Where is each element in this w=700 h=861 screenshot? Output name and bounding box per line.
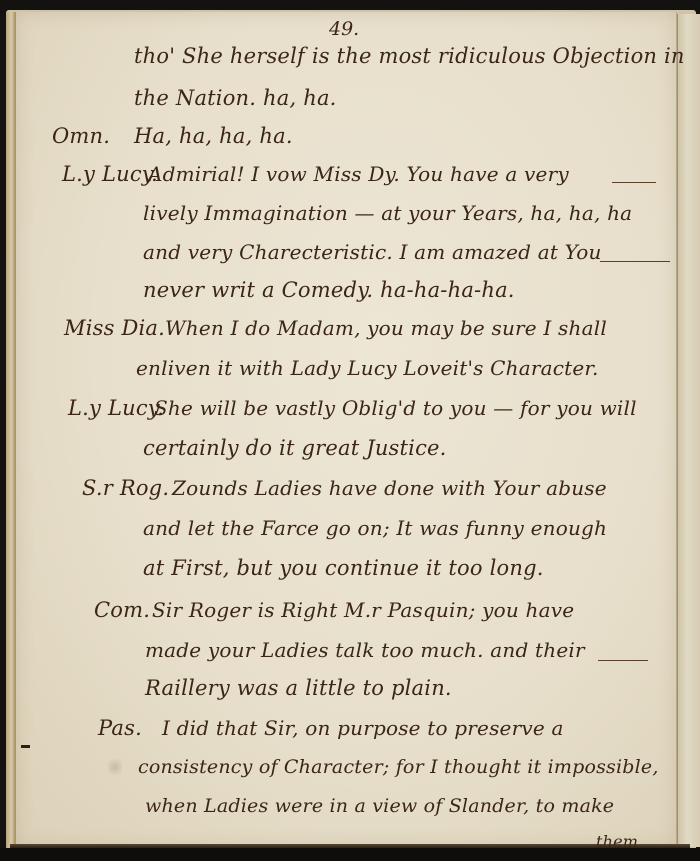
line-flourish bbox=[612, 182, 656, 183]
manuscript-line: when Ladies were in a view of Slander, t… bbox=[145, 797, 614, 816]
manuscript-line: the Nation. ha, ha. bbox=[134, 88, 337, 109]
speaker-name: L.y Lucy. bbox=[68, 398, 164, 419]
manuscript-line: and let the Farce go on; It was funny en… bbox=[143, 518, 607, 538]
paper-stain bbox=[108, 756, 122, 778]
catchword: them bbox=[596, 834, 638, 850]
manuscript-line: consistency of Character; for I thought … bbox=[138, 758, 659, 777]
manuscript-line: certainly do it great Justice. bbox=[143, 438, 447, 459]
manuscript-line: never writ a Comedy. ha-ha-ha-ha. bbox=[143, 280, 515, 301]
speaker-name: Pas. bbox=[98, 718, 142, 739]
manuscript-line: enliven it with Lady Lucy Loveit's Chara… bbox=[136, 358, 599, 378]
speaker-name: L.y Lucy. bbox=[62, 164, 158, 185]
manuscript-line: at First, but you continue it too long. bbox=[143, 558, 544, 579]
manuscript-line: Zounds Ladies have done with Your abuse bbox=[172, 478, 607, 498]
manuscript-line: Admirial! I vow Miss Dy. You have a very bbox=[148, 164, 569, 184]
manuscript-line: Sir Roger is Right M.r Pasquin; you have bbox=[152, 600, 574, 620]
background-shadow bbox=[0, 848, 700, 861]
manuscript-line: Ha, ha, ha, ha. bbox=[134, 126, 293, 147]
manuscript-line: When I do Madam, you may be sure I shall bbox=[165, 318, 607, 338]
line-flourish bbox=[600, 261, 670, 262]
manuscript-line: She will be vastly Oblig'd to you — for … bbox=[154, 398, 637, 418]
manuscript-line: Raillery was a little to plain. bbox=[145, 678, 452, 699]
manuscript-line: made your Ladies talk too much. and thei… bbox=[145, 640, 585, 660]
speaker-name: S.r Rog. bbox=[82, 478, 169, 499]
manuscript-line: I did that Sir, on purpose to preserve a bbox=[162, 718, 564, 738]
speaker-name: Omn. bbox=[52, 126, 110, 147]
next-page-leaf bbox=[677, 14, 700, 847]
manuscript-line: lively Immagination — at your Years, ha,… bbox=[143, 203, 632, 223]
margin-mark bbox=[21, 745, 30, 748]
speaker-name: Miss Dia. bbox=[64, 318, 165, 339]
page-number: 49. bbox=[329, 18, 359, 40]
line-flourish bbox=[598, 660, 648, 661]
speaker-name: Com. bbox=[94, 600, 150, 621]
manuscript-line: tho' She herself is the most ridiculous … bbox=[134, 46, 685, 67]
manuscript-line: and very Charecteristic. I am amazed at … bbox=[143, 242, 602, 262]
